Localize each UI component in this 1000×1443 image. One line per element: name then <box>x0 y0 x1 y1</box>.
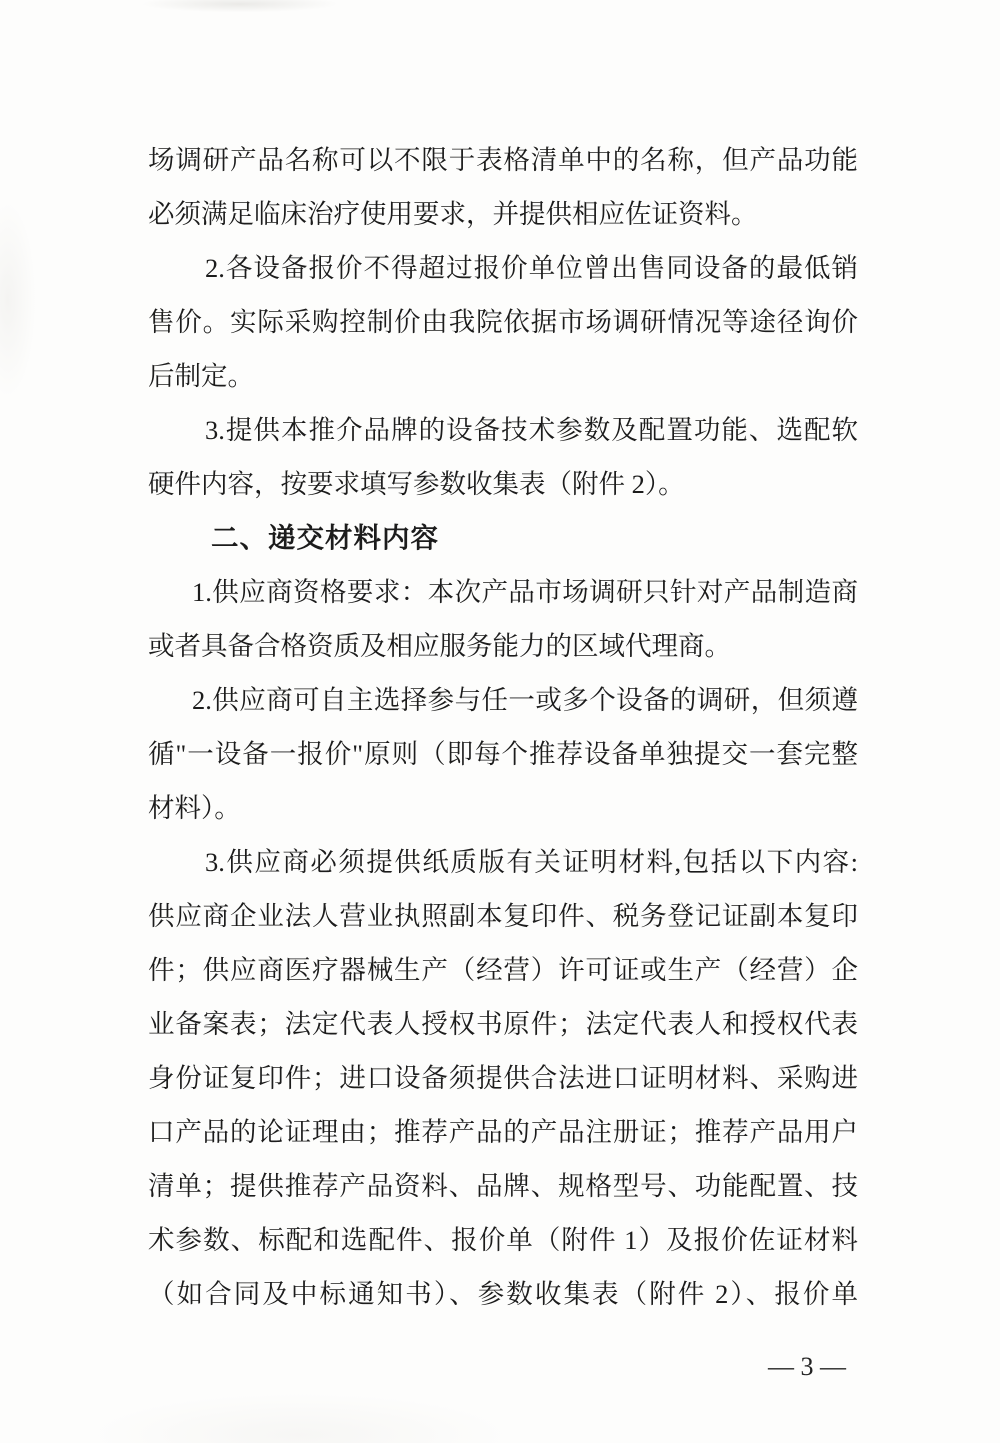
text-line: 身份证复印件；进口设备须提供合法进口证明材料、采购进 <box>148 1051 858 1105</box>
text-line: 口产品的论证理由；推荐产品的产品注册证；推荐产品用户 <box>148 1105 858 1159</box>
text-line: 售价。实际采购控制价由我院依据市场调研情况等途径询价 <box>148 295 858 349</box>
text-line: 3.提供本推介品牌的设备技术参数及配置功能、选配软 <box>148 403 858 457</box>
text-line: 业备案表；法定代表人授权书原件；法定代表人和授权代表 <box>148 997 858 1051</box>
text-line: 供应商企业法人营业执照副本复印件、税务登记证副本复印 <box>148 889 858 943</box>
text-line: 硬件内容，按要求填写参数收集表（附件 2）。 <box>148 457 858 511</box>
text-line: 术参数、标配和选配件、报价单（附件 1）及报价佐证材料 <box>148 1213 858 1267</box>
text-line: 后制定。 <box>148 349 858 403</box>
scanned-document-page: 场调研产品名称可以不限于表格清单中的名称，但产品功能 必须满足临床治疗使用要求，… <box>0 0 1000 1443</box>
text-line: 3.供应商必须提供纸质版有关证明材料,包括以下内容: <box>148 835 858 889</box>
section-heading: 二、递交材料内容 <box>148 511 858 565</box>
text-line: 件；供应商医疗器械生产（经营）许可证或生产（经营）企 <box>148 943 858 997</box>
text-line: 2.各设备报价不得超过报价单位曾出售同设备的最低销 <box>148 241 858 295</box>
document-body: 场调研产品名称可以不限于表格清单中的名称，但产品功能 必须满足临床治疗使用要求，… <box>148 133 858 1321</box>
text-line: 必须满足临床治疗使用要求，并提供相应佐证资料。 <box>148 187 858 241</box>
text-line: 场调研产品名称可以不限于表格清单中的名称，但产品功能 <box>148 133 858 187</box>
text-line: 循"一设备一报价"原则（即每个推荐设备单独提交一套完整 <box>148 727 858 781</box>
text-line: 材料）。 <box>148 781 858 835</box>
text-line: 或者具备合格资质及相应服务能力的区域代理商。 <box>148 619 858 673</box>
text-line: （如合同及中标通知书）、参数收集表（附件 2）、报价单 <box>148 1267 858 1321</box>
page-number: — 3 — <box>768 1347 878 1387</box>
text-line: 1.供应商资格要求：本次产品市场调研只针对产品制造商 <box>148 565 858 619</box>
text-line: 清单；提供推荐产品资料、品牌、规格型号、功能配置、技 <box>148 1159 858 1213</box>
text-line: 2.供应商可自主选择参与任一或多个设备的调研，但须遵 <box>148 673 858 727</box>
